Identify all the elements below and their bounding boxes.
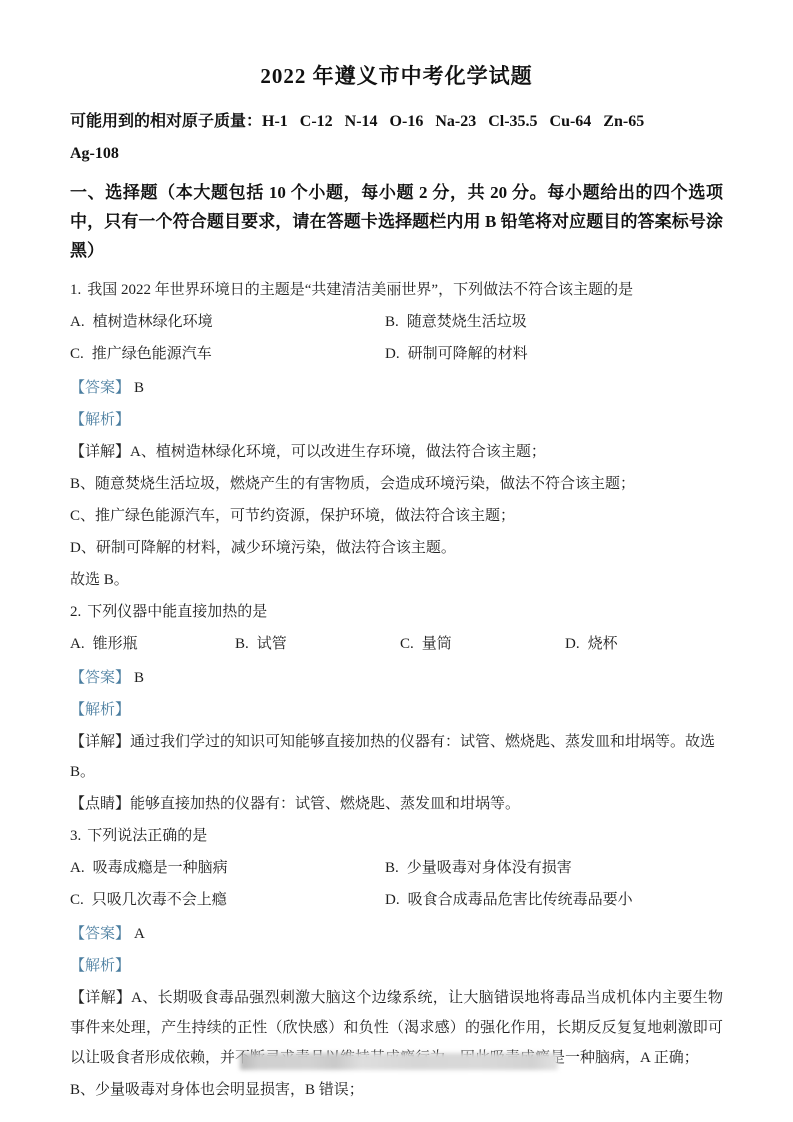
- option-b: B.随意焚烧生活垃圾: [385, 307, 723, 337]
- option-text: 只吸几次毒不会上瘾: [92, 892, 227, 908]
- option-a: A.锥形瓶: [70, 629, 235, 659]
- option-text: 研制可降解的材料: [408, 346, 528, 362]
- question-2: 2.下列仪器中能直接加热的是 A.锥形瓶 B.试管 C.量筒 D.烧杯 【答案】…: [70, 597, 723, 819]
- answer-line: 【答案】B: [70, 373, 723, 403]
- option-a: A.吸毒成瘾是一种脑病: [70, 853, 385, 883]
- option-label: B.: [385, 314, 399, 330]
- question-2-options: A.锥形瓶 B.试管 C.量筒 D.烧杯: [70, 629, 723, 661]
- option-label: D.: [565, 636, 580, 652]
- explanation-line: 【详解】通过我们学过的知识可知能够直接加热的仪器有：试管、燃烧匙、蒸发皿和坩埚等…: [70, 727, 723, 787]
- option-d: D.烧杯: [565, 629, 723, 659]
- question-text: 我国 2022 年世界环境日的主题是“共建清洁美丽世界”，下列做法不符合该主题的…: [87, 282, 633, 298]
- option-a: A.植树造林绿化环境: [70, 307, 385, 337]
- explanation-line: 故选 B。: [70, 565, 723, 595]
- section-heading: 一、选择题（本大题包括 10 个小题，每小题 2 分，共 20 分。每小题给出的…: [70, 178, 723, 265]
- explanation-line: B、随意焚烧生活垃圾，燃烧产生的有害物质，会造成环境污染，做法不符合该主题；: [70, 469, 723, 499]
- question-number: 2.: [70, 604, 81, 620]
- option-label: C.: [70, 892, 84, 908]
- option-d: D.研制可降解的材料: [385, 339, 723, 369]
- option-b: B.试管: [235, 629, 400, 659]
- option-text: 吸毒成瘾是一种脑病: [93, 860, 228, 876]
- explanation-line: C、推广绿色能源汽车，可节约资源，保护环境，做法符合该主题；: [70, 501, 723, 531]
- option-text: 随意焚烧生活垃圾: [407, 314, 527, 330]
- option-label: A.: [70, 860, 85, 876]
- answer-line: 【答案】A: [70, 919, 723, 949]
- option-d: D.吸食合成毒品危害比传统毒品要小: [385, 885, 723, 915]
- option-label: D.: [385, 346, 400, 362]
- option-text: 锥形瓶: [93, 636, 138, 652]
- option-c: C.推广绿色能源汽车: [70, 339, 385, 369]
- option-text: 量筒: [422, 636, 452, 652]
- answer-value: B: [134, 670, 144, 686]
- answer-value: B: [134, 380, 144, 396]
- answer-tag: 【答案】: [70, 380, 130, 396]
- explanation-line: 【详解】A、植树造林绿化环境，可以改进生存环境，做法符合该主题；: [70, 437, 723, 467]
- option-text: 少量吸毒对身体没有损害: [407, 860, 572, 876]
- option-label: A.: [70, 314, 85, 330]
- answer-tag: 【答案】: [70, 670, 130, 686]
- option-text: 吸食合成毒品危害比传统毒品要小: [408, 892, 633, 908]
- option-c: C.只吸几次毒不会上瘾: [70, 885, 385, 915]
- answer-tag: 【答案】: [70, 926, 130, 942]
- explanation-line: B、少量吸毒对身体也会明显损害，B 错误；: [70, 1075, 723, 1105]
- option-c: C.量筒: [400, 629, 565, 659]
- answer-line: 【答案】B: [70, 663, 723, 693]
- option-text: 烧杯: [588, 636, 618, 652]
- option-text: 推广绿色能源汽车: [92, 346, 212, 362]
- option-label: D.: [385, 892, 400, 908]
- question-text: 下列仪器中能直接加热的是: [87, 604, 267, 620]
- option-label: C.: [70, 346, 84, 362]
- analysis-tag: 【解析】: [70, 695, 723, 725]
- option-label: A.: [70, 636, 85, 652]
- answer-value: A: [134, 926, 145, 942]
- question-text: 下列说法正确的是: [87, 828, 207, 844]
- option-text: 试管: [257, 636, 287, 652]
- question-1-options: A.植树造林绿化环境 B.随意焚烧生活垃圾 C.推广绿色能源汽车 D.研制可降解…: [70, 307, 723, 371]
- atomic-masses-line-2: Ag-108: [70, 138, 723, 170]
- option-b: B.少量吸毒对身体没有损害: [385, 853, 723, 883]
- question-1: 1.我国 2022 年世界环境日的主题是“共建清洁美丽世界”，下列做法不符合该主…: [70, 275, 723, 595]
- question-3-options: A.吸毒成瘾是一种脑病 B.少量吸毒对身体没有损害 C.只吸几次毒不会上瘾 D.…: [70, 853, 723, 917]
- question-number: 3.: [70, 828, 81, 844]
- question-2-stem: 2.下列仪器中能直接加热的是: [70, 597, 723, 627]
- explanation-line: D、研制可降解的材料，减少环境污染，做法符合该主题。: [70, 533, 723, 563]
- option-text: 植树造林绿化环境: [93, 314, 213, 330]
- question-3-stem: 3.下列说法正确的是: [70, 821, 723, 851]
- explanation-line: 【点睛】能够直接加热的仪器有：试管、燃烧匙、蒸发皿和坩埚等。: [70, 789, 723, 819]
- analysis-tag: 【解析】: [70, 405, 723, 435]
- question-1-stem: 1.我国 2022 年世界环境日的主题是“共建清洁美丽世界”，下列做法不符合该主…: [70, 275, 723, 305]
- analysis-tag: 【解析】: [70, 951, 723, 981]
- exam-document: 2022 年遵义市中考化学试题 可能用到的相对原子质量：H-1 C-12 N-1…: [0, 0, 793, 1105]
- atomic-masses-line-1: 可能用到的相对原子质量：H-1 C-12 N-14 O-16 Na-23 Cl-…: [70, 106, 723, 138]
- option-label: B.: [235, 636, 249, 652]
- watermark-smudge: [240, 1053, 558, 1070]
- option-label: B.: [385, 860, 399, 876]
- question-number: 1.: [70, 282, 81, 298]
- page-title: 2022 年遵义市中考化学试题: [70, 60, 723, 90]
- option-label: C.: [400, 636, 414, 652]
